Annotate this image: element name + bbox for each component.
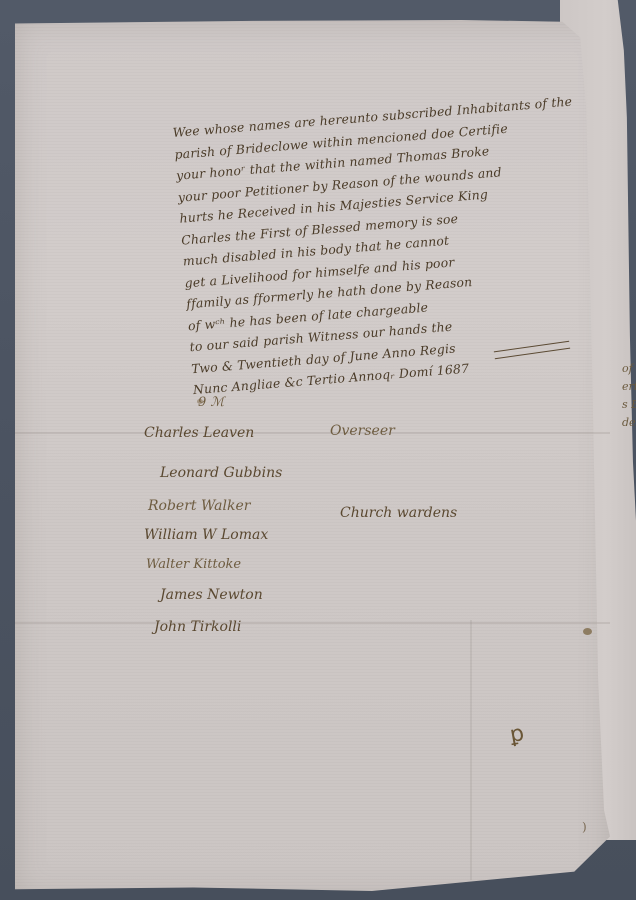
signature-name: Charles Leaven bbox=[144, 425, 254, 441]
signature-name: Robert Walker bbox=[148, 498, 250, 514]
signature-role: Overseer bbox=[330, 423, 395, 439]
ink-stain bbox=[197, 399, 203, 404]
underlying-page-text: of the ertified s Brook des and bbox=[622, 360, 636, 520]
corner-mark: ) bbox=[582, 820, 587, 834]
fragment: des and bbox=[622, 414, 636, 432]
signature-role: Church wardens bbox=[340, 505, 457, 521]
ink-stain bbox=[583, 628, 592, 635]
signature-name: Walter Kittoke bbox=[146, 557, 241, 572]
signature-name: Leonard Gubbins bbox=[160, 465, 282, 481]
signature-block: 9 ℳ Charles Leaven Overseer Leonard Gubb… bbox=[140, 395, 540, 675]
signature-name: William W Lomax bbox=[144, 527, 268, 543]
fragment: ertified bbox=[622, 378, 636, 396]
signature-name: John Tirkolli bbox=[154, 619, 241, 635]
certificate-body: Wee whose names are hereunto subscribed … bbox=[172, 86, 636, 400]
fragment: s Brook bbox=[622, 396, 636, 414]
fragment: of the bbox=[622, 360, 636, 378]
signature-name: James Newton bbox=[160, 587, 263, 603]
